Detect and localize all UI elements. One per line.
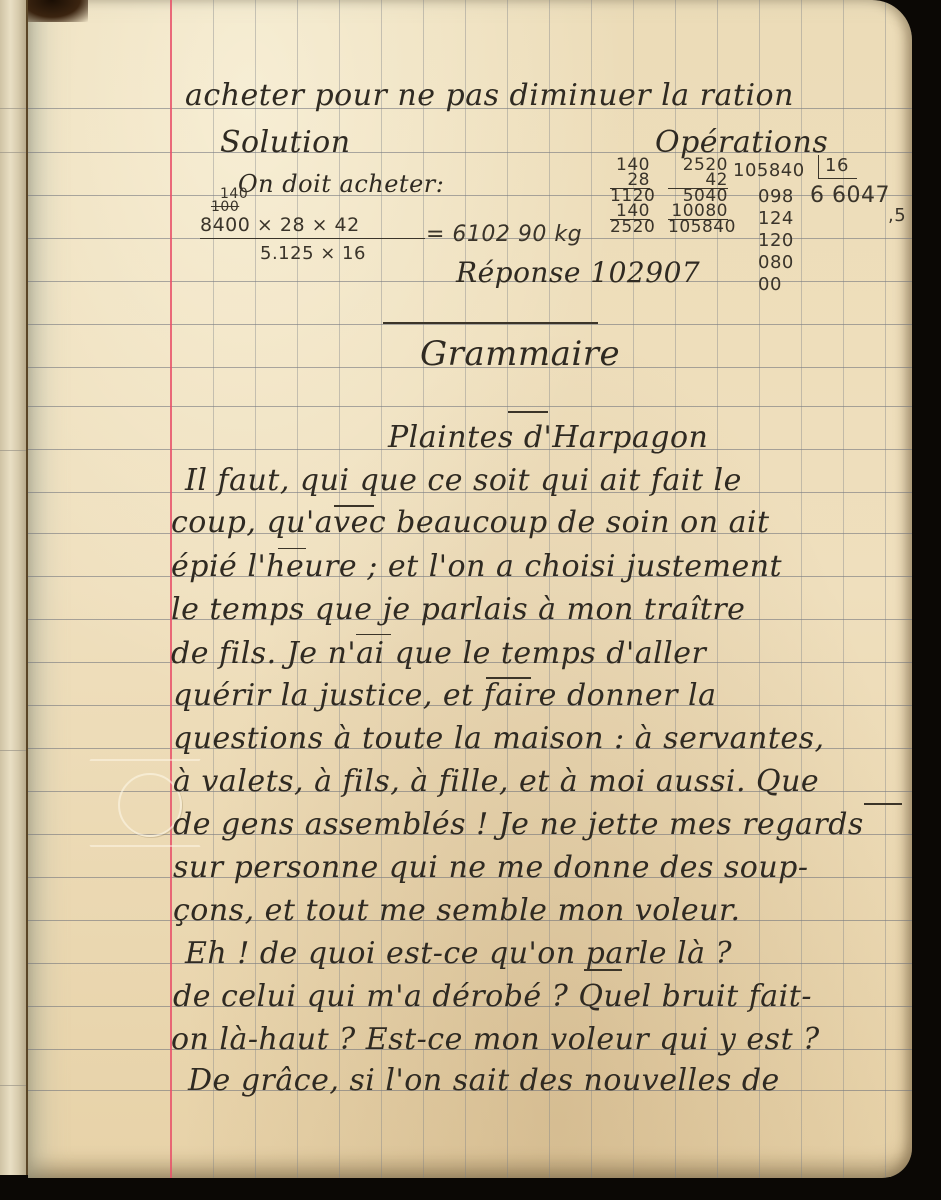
text-line: quérir la justice, et faire donner la — [173, 678, 717, 713]
text-line: Il faut, qui que ce soit qui ait fait le — [185, 463, 742, 498]
underline-mark — [334, 505, 374, 507]
answer-line: Réponse 102907 — [456, 256, 700, 289]
division-side-note: ,5 — [888, 205, 906, 226]
notebook-page-stack — [0, 0, 28, 1175]
notebook-page: acheter pour ne pas diminuer la ration S… — [28, 0, 912, 1178]
op-line: 105840 — [668, 219, 728, 235]
text-line: de gens assemblés ! Je ne jette mes rega… — [173, 807, 864, 842]
formula-numerator: 8400 × 28 × 42 — [200, 214, 360, 236]
formula-result: = 6102 90 kg — [426, 222, 582, 247]
underline-mark — [278, 548, 306, 549]
text-line: le temps que je parlais à mon traître — [171, 592, 745, 627]
grid-line — [28, 324, 912, 325]
fraction-bar — [200, 238, 425, 239]
stack-line — [0, 152, 26, 153]
stack-line — [0, 750, 26, 751]
burn-mark — [28, 0, 88, 22]
text-line: De grâce, si l'on sait des nouvelles de — [188, 1063, 780, 1098]
division-dividend: 105840 — [733, 160, 805, 181]
section-heading: Grammaire — [420, 334, 620, 374]
multiplication-1: 140 28 1120 140 2520 — [610, 158, 650, 235]
exercise-title: Plaintes d'Harpagon — [388, 420, 708, 455]
stack-line — [0, 1085, 26, 1086]
remainder: 124 — [758, 208, 794, 230]
problem-statement: On doit acheter: — [238, 170, 444, 198]
remainder: 098 — [758, 186, 794, 208]
red-margin-line — [170, 0, 172, 1178]
text-line: çons, et tout me semble mon voleur. — [173, 893, 741, 928]
underline-mark — [864, 803, 902, 805]
op-line: 2520 — [610, 219, 650, 235]
operations-heading: Opérations — [655, 125, 828, 160]
text-line: de fils. Je n'ai que le temps d'aller — [171, 636, 706, 671]
remainder: 080 — [758, 252, 794, 274]
section-divider — [383, 322, 598, 324]
title-divider — [508, 411, 548, 413]
multiplication-2: 2520 42 5040 10080 105840 — [668, 158, 728, 235]
underline-mark — [486, 677, 531, 679]
stack-line — [0, 108, 26, 109]
text-line: questions à toute la maison : à servante… — [173, 721, 825, 756]
underline-mark — [356, 634, 391, 635]
text-line: Eh ! de quoi est-ce qu'on parle là ? — [185, 936, 732, 971]
formula-numerator-struck: 100 — [211, 199, 239, 215]
text-line: on là-haut ? Est-ce mon voleur qui y est… — [171, 1022, 820, 1057]
division-remainders: 098 124 120 080 00 — [758, 186, 794, 296]
division-quotient: 6 6047 — [810, 183, 890, 208]
text-line: sur personne qui ne me donne des soup- — [173, 850, 809, 885]
grid-line — [28, 406, 912, 407]
division-divisor: 16 — [818, 155, 857, 179]
formula-denominator: 5.125 × 16 — [260, 243, 366, 264]
underline-mark — [584, 969, 622, 971]
text-line: coup, qu'avec beaucoup de soin on ait — [171, 505, 770, 540]
text-line: à valets, à fils, à fille, et à moi auss… — [173, 764, 819, 799]
remainder: 00 — [758, 274, 794, 296]
problem-intro-line: acheter pour ne pas diminuer la ration — [185, 78, 794, 113]
solution-heading: Solution — [220, 125, 351, 160]
stack-line — [0, 450, 26, 451]
text-line: de celui qui m'a dérobé ? Quel bruit fai… — [173, 979, 812, 1014]
remainder: 120 — [758, 230, 794, 252]
text-line: épié l'heure ; et l'on a choisi justemen… — [171, 549, 782, 584]
grid-line — [885, 0, 886, 1178]
